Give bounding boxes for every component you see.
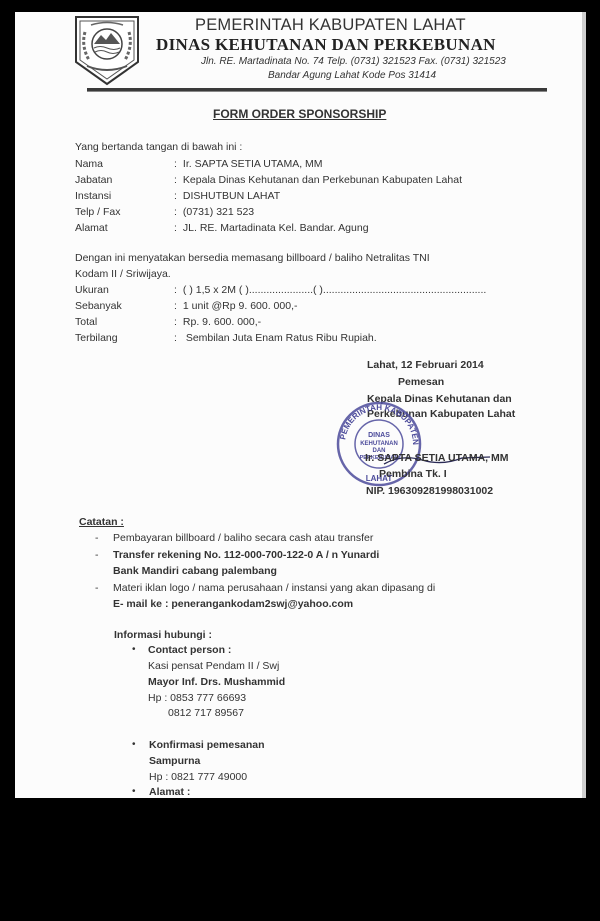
bullet-icon: • — [132, 786, 136, 797]
document-title: FORM ORDER SPONSORSHIP — [213, 107, 386, 121]
field-label: Telp / Fax — [75, 206, 121, 218]
letterhead-agency: DINAS KEHUTANAN DAN PERKEBUNAN — [156, 35, 496, 55]
field-value: :1 unit @Rp 9. 600. 000,- — [174, 300, 297, 312]
statement-line1: Dengan ini menyatakan bersedia memasang … — [75, 252, 430, 264]
field-value: : Sembilan Juta Enam Ratus Ribu Rupiah. — [174, 332, 377, 344]
statement-line2: Kodam II / Sriwijaya. — [75, 268, 171, 280]
intro-text: Yang bertanda tangan di bawah ini : — [75, 141, 242, 153]
kabupaten-lahat-emblem-icon — [73, 14, 141, 86]
contact-person-label: Contact person : — [148, 644, 231, 656]
field-value: :( ) 1,5 x 2M ( )......................(… — [174, 284, 486, 296]
field-label: Ukuran — [75, 284, 109, 296]
contact-person-phone2: 0812 717 89567 — [168, 707, 244, 719]
svg-text:PEMERINTAH KABUPATEN: PEMERINTAH KABUPATEN — [338, 403, 420, 445]
scanned-document-page: PEMERINTAH KABUPATEN LAHAT DINAS KEHUTAN… — [15, 12, 586, 798]
field-value: :DISHUTBUN LAHAT — [174, 190, 280, 202]
place-date: Lahat, 12 Februari 2014 — [367, 359, 484, 371]
note-bullet: - — [95, 582, 99, 594]
note-bullet: - — [95, 532, 99, 544]
note-text-line2: Bank Mandiri cabang palembang — [113, 565, 277, 577]
field-label: Instansi — [75, 190, 111, 202]
contact-heading: Informasi hubungi : — [114, 629, 212, 641]
letterhead-address-line1: Jln. RE. Martadinata No. 74 Telp. (0731)… — [201, 56, 506, 67]
contact-person-unit: Kasi pensat Pendam II / Swj — [148, 660, 279, 672]
svg-text:KEHUTANAN: KEHUTANAN — [360, 441, 398, 447]
contact-person-name: Mayor Inf. Drs. Mushammid — [148, 676, 285, 688]
address-label: Alamat : — [149, 786, 190, 798]
bullet-icon: • — [132, 739, 136, 750]
bullet-icon: • — [132, 644, 136, 655]
signer-nip: NIP. 196309281998031002 — [366, 485, 493, 497]
letterhead-address-line2: Bandar Agung Lahat Kode Pos 31414 — [268, 70, 436, 81]
field-label: Total — [75, 316, 97, 328]
note-email: E- mail ke : penerangankodam2swj@yahoo.c… — [113, 598, 353, 610]
confirmation-name: Sampurna — [149, 755, 200, 767]
page-edge-shadow — [582, 12, 586, 798]
field-value: :Kepala Dinas Kehutanan dan Perkebunan K… — [174, 174, 462, 186]
note-text: Pembayaran billboard / baliho secara cas… — [113, 532, 373, 544]
letterhead-divider — [87, 88, 547, 92]
note-text: Materi iklan logo / nama perusahaan / in… — [113, 582, 435, 594]
signer-name: Ir. SAPTA SETIA UTAMA, MM — [365, 452, 509, 464]
field-value: :Ir. SAPTA SETIA UTAMA, MM — [174, 158, 323, 170]
confirmation-label: Konfirmasi pemesanan — [149, 739, 265, 751]
confirmation-phone: Hp : 0821 777 49000 — [149, 771, 247, 783]
field-label: Alamat — [75, 222, 108, 234]
svg-text:DINAS: DINAS — [368, 432, 390, 439]
field-value: :Rp. 9. 600. 000,- — [174, 316, 261, 328]
contact-person-phone1: Hp : 0853 777 66693 — [148, 692, 246, 704]
note-text: Transfer rekening No. 112-000-700-122-0 … — [113, 549, 379, 561]
field-label: Terbilang — [75, 332, 118, 344]
field-value: :(0731) 321 523 — [174, 206, 254, 218]
signer-role: Pemesan — [398, 376, 444, 388]
note-bullet: - — [95, 549, 99, 561]
field-label: Jabatan — [75, 174, 112, 186]
field-label: Sebanyak — [75, 300, 122, 312]
field-value: :JL. RE. Martadinata Kel. Bandar. Agung — [174, 222, 369, 234]
field-label: Nama — [75, 158, 103, 170]
notes-heading: Catatan : — [79, 516, 124, 528]
signer-rank: Pembina Tk. I — [379, 468, 447, 480]
letterhead-government: PEMERINTAH KABUPATEN LAHAT — [195, 16, 466, 35]
